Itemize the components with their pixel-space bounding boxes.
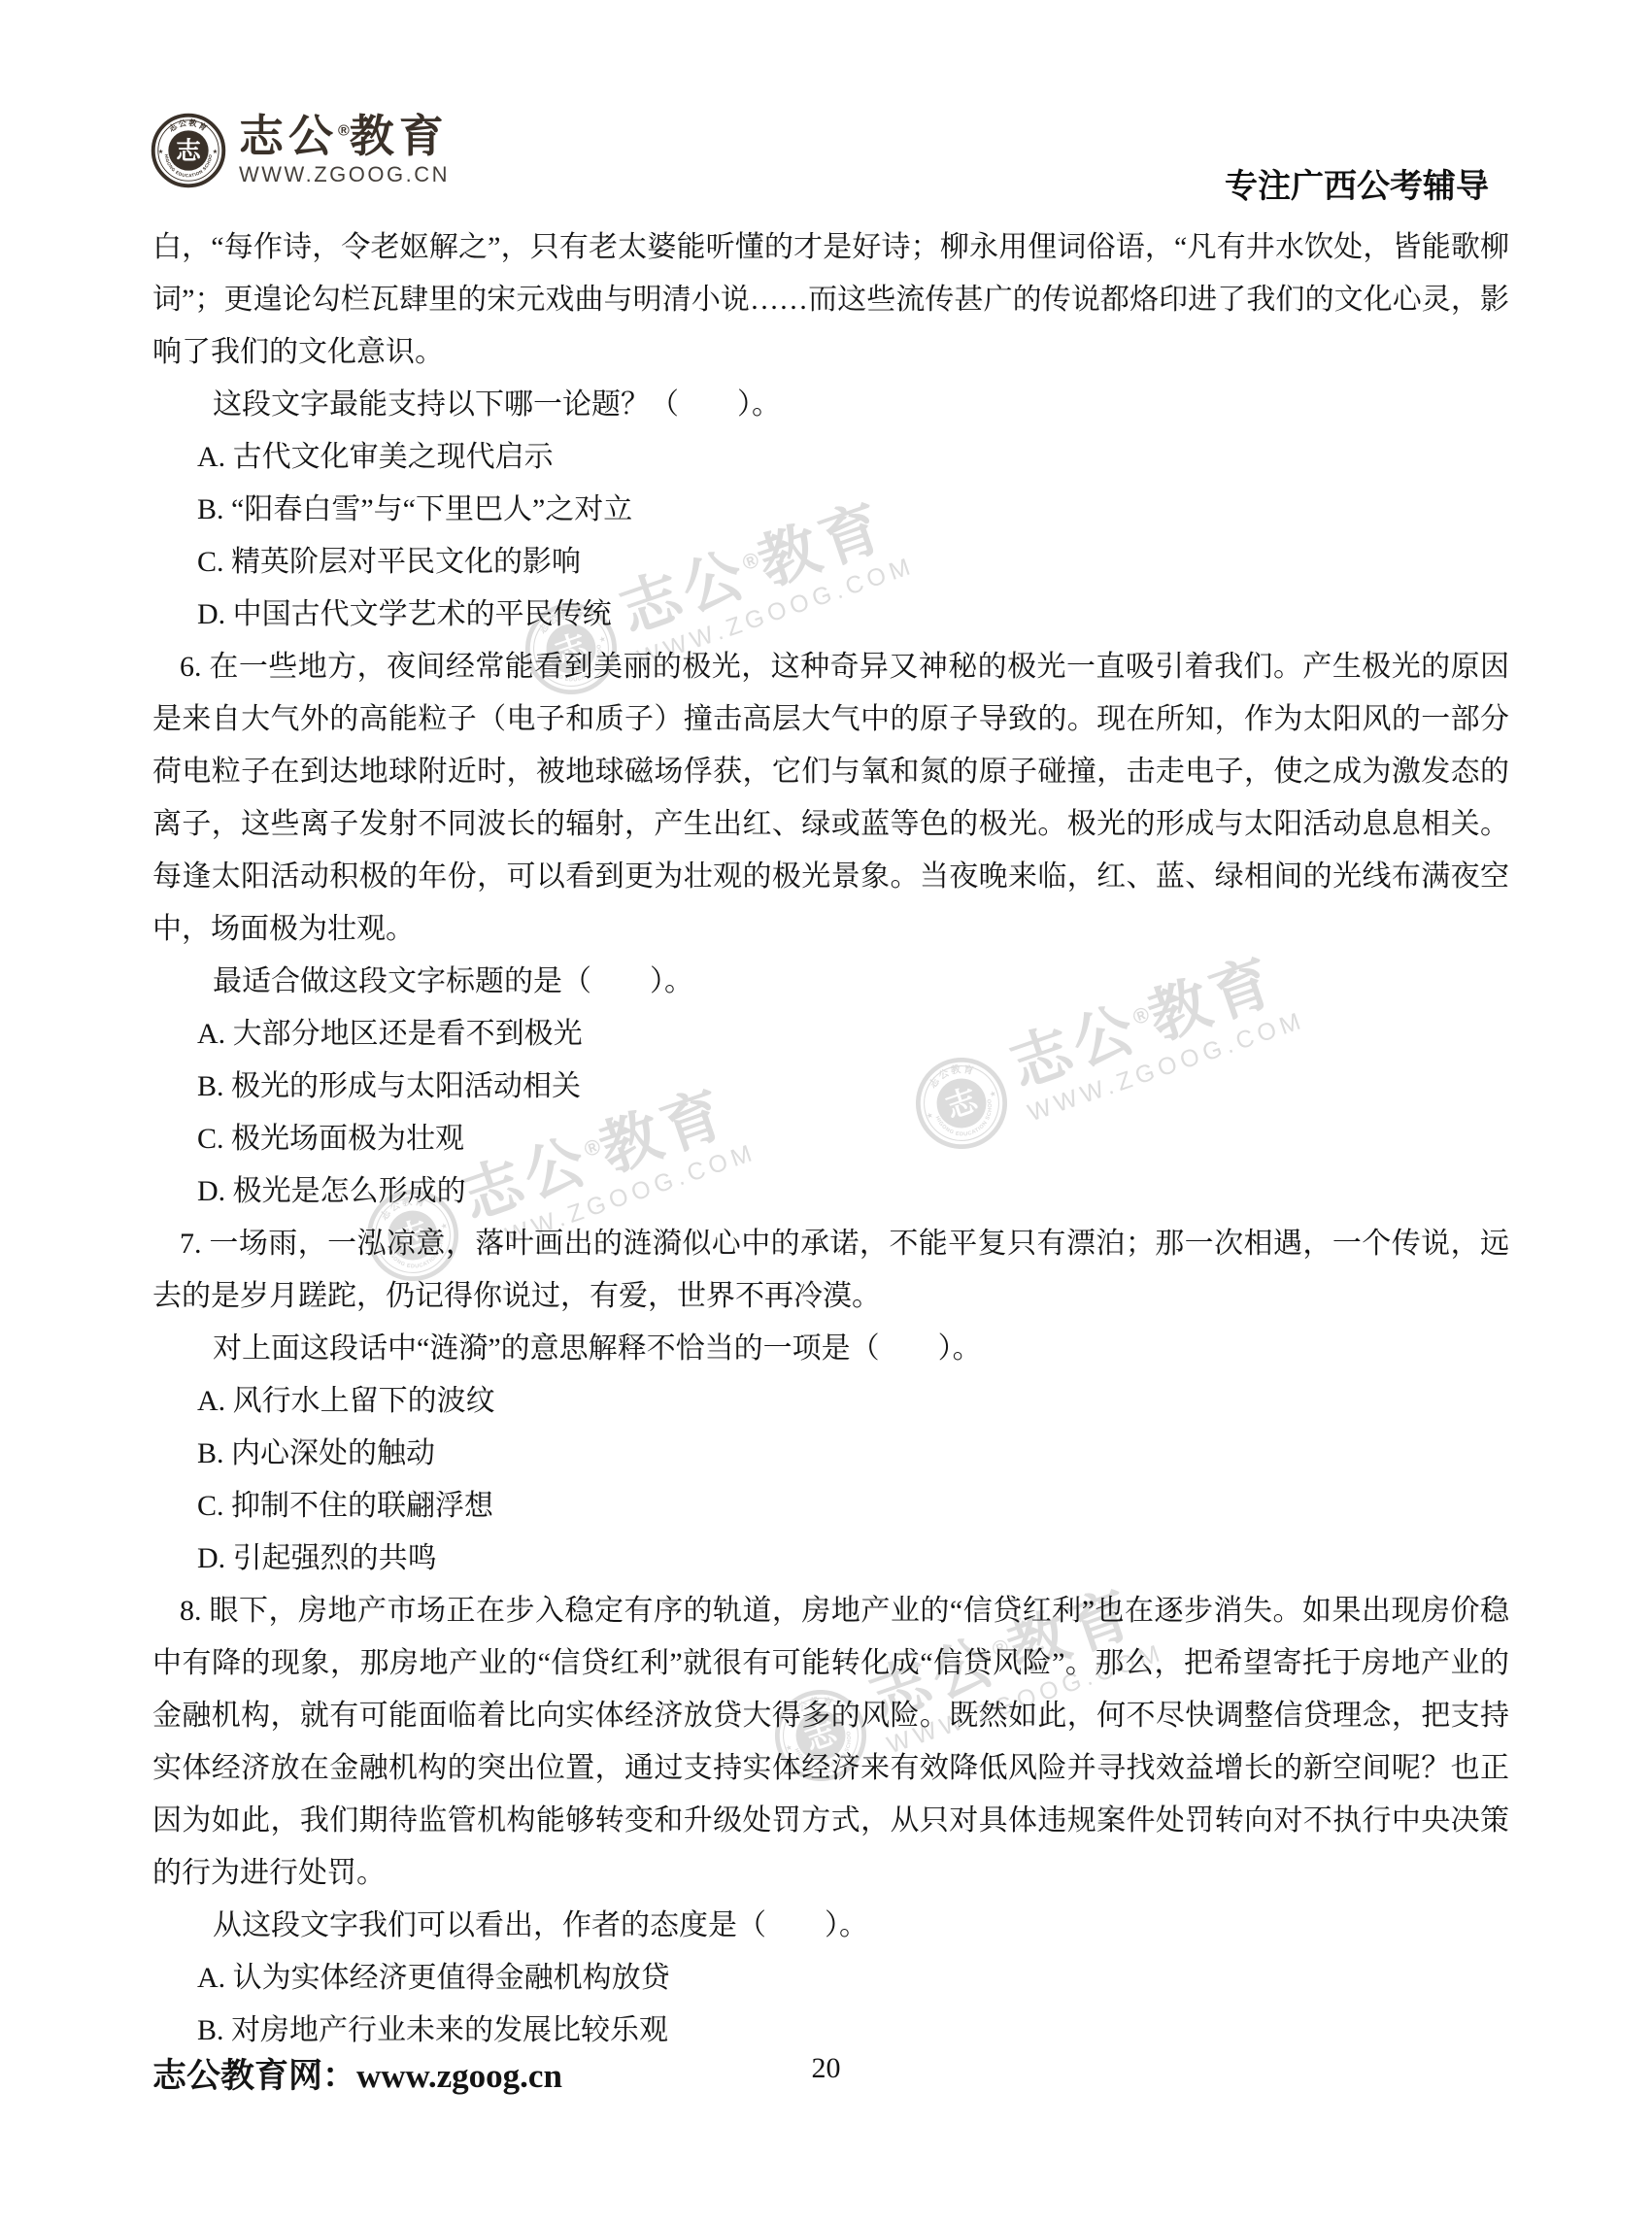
brand-name: 志公®教育 (239, 114, 450, 160)
q5-continuation: 白，“每作诗，令老妪解之”，只有老太婆能听懂的才是好诗；柳永用俚词俗语，“凡有井… (152, 221, 1509, 379)
q6-option-a: A. 大部分地区还是看不到极光 (152, 1008, 1509, 1061)
q5-stem: 这段文字最能支持以下哪一论题？（ ）。 (152, 379, 1509, 431)
q8-stem: 从这段文字我们可以看出，作者的态度是（ ）。 (152, 1900, 1509, 1952)
seal-star-right-icon: ★ (213, 149, 219, 155)
q5-option-b: B. “阳春白雪”与“下里巴人”之对立 (152, 484, 1509, 536)
q6-stem: 最适合做这段文字标题的是（ ）。 (152, 956, 1509, 1008)
q6-text: 6. 在一些地方，夜间经常能看到美丽的极光，这种奇异又神秘的极光一直吸引着我们。… (152, 641, 1509, 956)
q8-option-a: A. 认为实体经济更值得金融机构放贷 (152, 1952, 1509, 2005)
q7-option-c: C. 抑制不住的联翩浮想 (152, 1480, 1509, 1533)
brand-url: WWW.ZGOOG.CN (239, 162, 450, 187)
registered-mark-icon: ® (338, 123, 350, 140)
q7-option-a: A. 风行水上留下的波纹 (152, 1375, 1509, 1428)
brand-name-right: 教育 (350, 111, 449, 161)
q6-option-c: C. 极光场面极为壮观 (152, 1113, 1509, 1165)
seal-center-char: 志 (176, 137, 202, 165)
q6-option-d: D. 极光是怎么形成的 (152, 1165, 1509, 1218)
q5-option-d: D. 中国古代文学艺术的平民传统 (152, 589, 1509, 641)
seal-star-left-icon: ★ (158, 149, 164, 155)
brand-name-left: 志公 (239, 111, 338, 161)
brand-logo: 志 志公教育 ZHIGONG EDUCATION SCHOOL ★ ★ 志公®教… (151, 113, 450, 188)
q7-text: 7. 一场雨，一泓凉意，落叶画出的涟漪似心中的承诺，不能平复只有漂泊；那一次相遇… (152, 1218, 1509, 1323)
q8-text: 8. 眼下，房地产市场正在步入稳定有序的轨道，房地产业的“信贷红利”也在逐步消失… (152, 1585, 1509, 1900)
brand-text-block: 志公®教育 WWW.ZGOOG.CN (239, 114, 450, 187)
header-tagline: 专注广西公考辅导 (1225, 159, 1489, 207)
q7-option-d: D. 引起强烈的共鸣 (152, 1533, 1509, 1585)
q6-option-b: B. 极光的形成与太阳活动相关 (152, 1061, 1509, 1113)
q7-option-b: B. 内心深处的触动 (152, 1428, 1509, 1480)
document-body: 白，“每作诗，令老妪解之”，只有老太婆能听懂的才是好诗；柳永用俚词俗语，“凡有井… (152, 221, 1509, 2057)
q7-stem: 对上面这段话中“涟漪”的意思解释不恰当的一项是（ ）。 (152, 1323, 1509, 1375)
q5-option-c: C. 精英阶层对平民文化的影响 (152, 536, 1509, 589)
page-number: 20 (0, 2052, 1652, 2085)
zhigong-seal-logo-icon: 志 志公教育 ZHIGONG EDUCATION SCHOOL ★ ★ (151, 113, 226, 188)
document-page: 志 志公教育 ZHIGONG EDUCATION SCHOOL ★ ★ 志公®教… (0, 0, 1652, 2225)
q5-option-a: A. 古代文化审美之现代启示 (152, 431, 1509, 484)
